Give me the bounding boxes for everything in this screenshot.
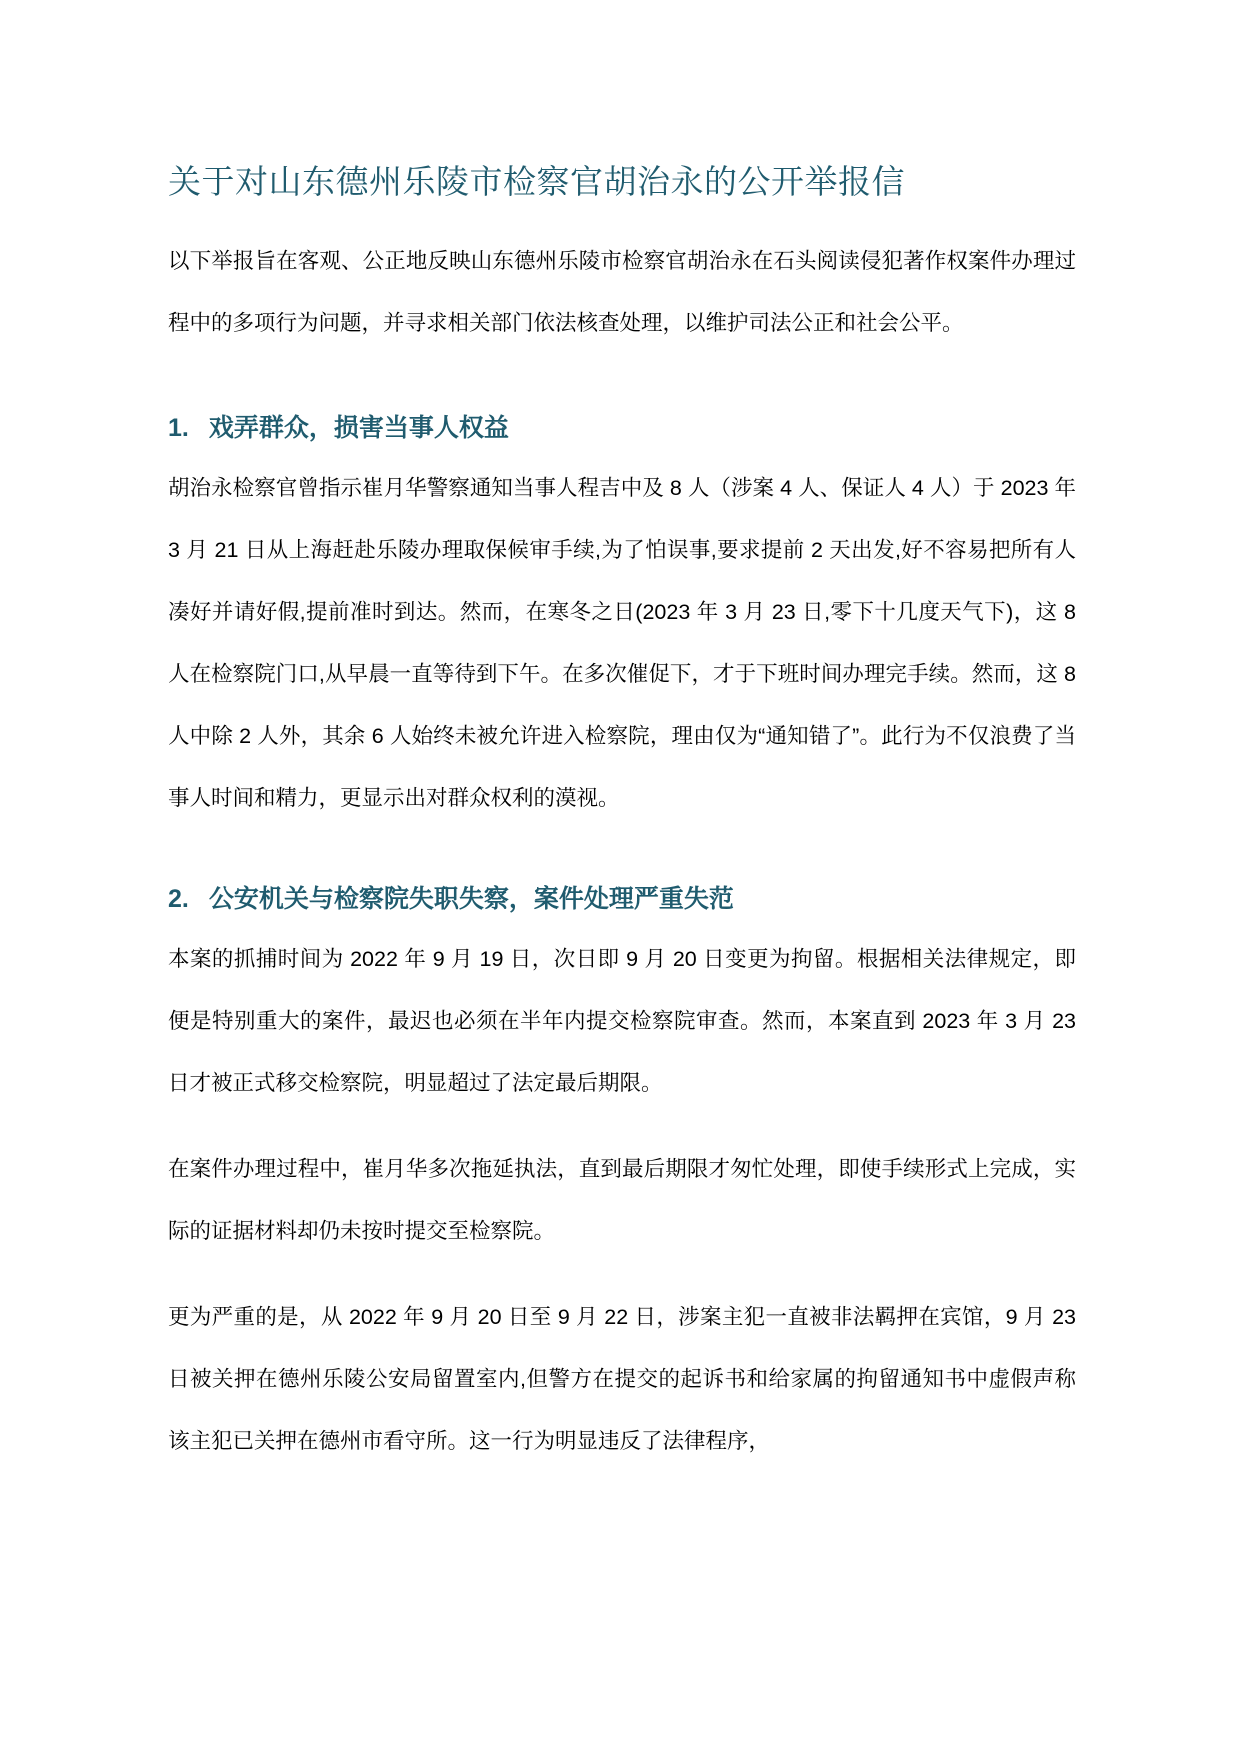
section-2-paragraph-2: 在案件办理过程中，崔月华多次拖延执法，直到最后期限才匆忙处理，即使手续形式上完成… [168, 1138, 1076, 1262]
section-1-heading: 1. 戏弄群众，损害当事人权益 [168, 412, 1076, 445]
section-2-heading-text: 公安机关与检察院失职失察，案件处理严重失范 [209, 883, 734, 916]
section-2-number: 2. [168, 883, 189, 916]
section-1-heading-text: 戏弄群众，损害当事人权益 [209, 412, 509, 445]
section-2-heading: 2. 公安机关与检察院失职失察，案件处理严重失范 [168, 883, 1076, 916]
section-1: 1. 戏弄群众，损害当事人权益 胡治永检察官曾指示崔月华警察通知当事人程吉中及 … [168, 412, 1076, 829]
section-2-paragraph-1: 本案的抓捕时间为 2022 年 9 月 19 日，次日即 9 月 20 日变更为… [168, 928, 1076, 1114]
section-2-paragraph-3: 更为严重的是，从 2022 年 9 月 20 日至 9 月 22 日，涉案主犯一… [168, 1286, 1076, 1472]
intro-paragraph: 以下举报旨在客观、公正地反映山东德州乐陵市检察官胡治永在石头阅读侵犯著作权案件办… [168, 230, 1076, 354]
section-2: 2. 公安机关与检察院失职失察，案件处理严重失范 本案的抓捕时间为 2022 年… [168, 883, 1076, 1472]
section-1-paragraph-1: 胡治永检察官曾指示崔月华警察通知当事人程吉中及 8 人（涉案 4 人、保证人 4… [168, 457, 1076, 829]
document-title: 关于对山东德州乐陵市检察官胡治永的公开举报信 [168, 160, 1076, 204]
section-1-number: 1. [168, 412, 189, 445]
document-page: 关于对山东德州乐陵市检察官胡治永的公开举报信 以下举报旨在客观、公正地反映山东德… [0, 0, 1240, 1754]
